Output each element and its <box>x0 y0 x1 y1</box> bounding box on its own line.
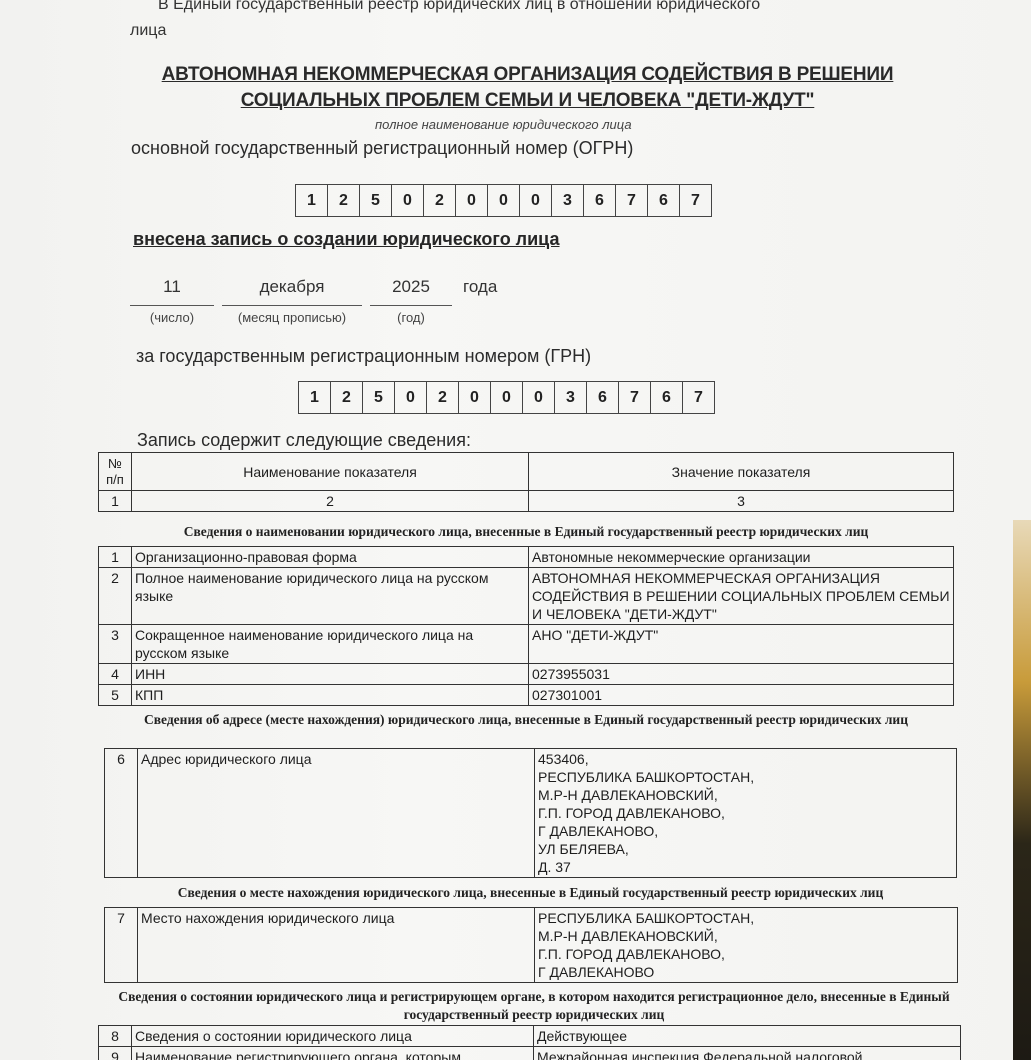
day-caption: (число) <box>130 310 214 325</box>
table-row: 6 Адрес юридического лица 453406,РЕСПУБЛ… <box>105 749 957 878</box>
section-table-address: 6 Адрес юридического лица 453406,РЕСПУБЛ… <box>104 748 957 878</box>
header-name: Наименование показателя <box>132 453 529 491</box>
table-row: 8Сведения о состоянии юридического лицаД… <box>99 1026 961 1047</box>
row-name: Адрес юридического лица <box>138 749 535 878</box>
row-name: Наименование регистрирующего органа, кот… <box>132 1047 534 1060</box>
row-value: АВТОНОМНАЯ НЕКОММЕРЧЕСКАЯ ОРГАНИЗАЦИЯ СО… <box>529 568 954 625</box>
year-caption: (год) <box>370 310 452 325</box>
grn-digit: 7 <box>619 382 651 413</box>
row-name: Сведения о состоянии юридического лица <box>132 1026 534 1047</box>
address-line: Г.П. ГОРОД ДАВЛЕКАНОВО, <box>538 804 953 822</box>
grn-digit: 6 <box>651 382 683 413</box>
row-num: 8 <box>99 1026 132 1047</box>
address-line: М.Р-Н ДАВЛЕКАНОВСКИЙ, <box>538 786 953 804</box>
row-value: Действующее <box>534 1026 961 1047</box>
index-name: 2 <box>132 491 529 512</box>
entry-day: 11 <box>130 277 214 297</box>
row-num: 4 <box>99 664 132 685</box>
table-row: 5КПП027301001 <box>99 685 954 706</box>
row-value: Межрайонная инспекция Федеральной налого… <box>534 1047 961 1060</box>
ogrn-digit: 6 <box>584 185 616 216</box>
row-name: Полное наименование юридического лица на… <box>132 568 529 625</box>
address-line: РЕСПУБЛИКА БАШКОРТОСТАН, <box>538 909 954 927</box>
ogrn-digit: 1 <box>296 185 328 216</box>
row-num: 3 <box>99 625 132 664</box>
index-value: 3 <box>529 491 954 512</box>
address-line: РЕСПУБЛИКА БАШКОРТОСТАН, <box>538 768 953 786</box>
ogrn-digit: 0 <box>520 185 552 216</box>
row-value: РЕСПУБЛИКА БАШКОРТОСТАН,М.Р-Н ДАВЛЕКАНОВ… <box>535 908 958 983</box>
section-title-name: Сведения о наименовании юридического лиц… <box>98 523 954 541</box>
grn-number-boxes: 1250200036767 <box>298 381 715 414</box>
intro-line-1: В Единый государственный реестр юридичес… <box>130 0 890 18</box>
header-table: № п/п Наименование показателя Значение п… <box>98 452 954 512</box>
table-row: 1Организационно-правовая формаАвтономные… <box>99 547 954 568</box>
grn-digit: 0 <box>523 382 555 413</box>
grn-digit: 3 <box>555 382 587 413</box>
table-intro: Запись содержит следующие сведения: <box>137 430 471 451</box>
section-title-address: Сведения об адресе (месте нахождения) юр… <box>98 711 954 729</box>
grn-digit: 0 <box>459 382 491 413</box>
header-num: № п/п <box>99 453 132 491</box>
year-underline <box>370 305 452 306</box>
address-line: 453406, <box>538 750 953 768</box>
index-num: 1 <box>99 491 132 512</box>
row-name: Место нахождения юридического лица <box>138 908 535 983</box>
row-value: АНО "ДЕТИ-ЖДУТ" <box>529 625 954 664</box>
row-num: 7 <box>105 908 138 983</box>
grn-digit: 6 <box>587 382 619 413</box>
ogrn-digit: 2 <box>328 185 360 216</box>
table-row: 7 Место нахождения юридического лица РЕС… <box>105 908 958 983</box>
entry-year: 2025 <box>370 277 452 297</box>
row-value: 027301001 <box>529 685 954 706</box>
section-table-name: 1Организационно-правовая формаАвтономные… <box>98 546 954 706</box>
row-value: 453406,РЕСПУБЛИКА БАШКОРТОСТАН,М.Р-Н ДАВ… <box>535 749 957 878</box>
background-edge <box>1013 520 1031 1060</box>
month-caption: (месяц прописью) <box>222 310 362 325</box>
grn-digit: 0 <box>395 382 427 413</box>
row-num: 6 <box>105 749 138 878</box>
row-value: 0273955031 <box>529 664 954 685</box>
table-row: 2Полное наименование юридического лица н… <box>99 568 954 625</box>
address-line: Г.П. ГОРОД ДАВЛЕКАНОВО, <box>538 945 954 963</box>
section-table-location: 7 Место нахождения юридического лица РЕС… <box>104 907 958 983</box>
intro-text: В Единый государственный реестр юридичес… <box>130 0 890 44</box>
row-num: 1 <box>99 547 132 568</box>
intro-line-2: лица <box>130 18 890 44</box>
row-num: 2 <box>99 568 132 625</box>
org-name-caption: полное наименование юридического лица <box>375 117 632 132</box>
grn-digit: 7 <box>683 382 714 413</box>
ogrn-digit: 0 <box>456 185 488 216</box>
org-name-line-2: СОЦИАЛЬНЫХ ПРОБЛЕМ СЕМЬИ И ЧЕЛОВЕКА "ДЕТ… <box>120 88 935 114</box>
row-name: ИНН <box>132 664 529 685</box>
section-title-location: Сведения о месте нахождения юридического… <box>104 884 957 902</box>
table-row: 4ИНН0273955031 <box>99 664 954 685</box>
month-underline <box>222 305 362 306</box>
grn-digit: 0 <box>491 382 523 413</box>
entry-month: декабря <box>222 277 362 297</box>
ogrn-digit: 5 <box>360 185 392 216</box>
row-value: Автономные некоммерческие организации <box>529 547 954 568</box>
section-title-status: Сведения о состоянии юридического лица и… <box>110 988 958 1024</box>
year-suffix: года <box>463 277 497 297</box>
ogrn-digit: 3 <box>552 185 584 216</box>
org-name-line-1: АВТОНОМНАЯ НЕКОММЕРЧЕСКАЯ ОРГАНИЗАЦИЯ СО… <box>120 62 935 88</box>
ogrn-digit: 2 <box>424 185 456 216</box>
ogrn-label: основной государственный регистрационный… <box>131 138 633 159</box>
grn-label: за государственным регистрационным номер… <box>136 346 591 367</box>
row-name: Организационно-правовая форма <box>132 547 529 568</box>
ogrn-digit: 0 <box>488 185 520 216</box>
grn-digit: 1 <box>299 382 331 413</box>
row-name: Сокращенное наименование юридического ли… <box>132 625 529 664</box>
row-num: 9 <box>99 1047 132 1060</box>
org-full-name: АВТОНОМНАЯ НЕКОММЕРЧЕСКАЯ ОРГАНИЗАЦИЯ СО… <box>120 62 935 114</box>
address-line: Г ДАВЛЕКАНОВО <box>538 963 954 981</box>
entry-heading: внесена запись о создании юридического л… <box>133 229 559 250</box>
address-line: М.Р-Н ДАВЛЕКАНОВСКИЙ, <box>538 927 954 945</box>
address-line: Г ДАВЛЕКАНОВО, <box>538 822 953 840</box>
day-underline <box>130 305 214 306</box>
table-row: 9Наименование регистрирующего органа, ко… <box>99 1047 961 1060</box>
address-line: Д. 37 <box>538 858 953 876</box>
grn-digit: 5 <box>363 382 395 413</box>
row-num: 5 <box>99 685 132 706</box>
table-row: 3Сокращенное наименование юридического л… <box>99 625 954 664</box>
header-value: Значение показателя <box>529 453 954 491</box>
address-line: УЛ БЕЛЯЕВА, <box>538 840 953 858</box>
grn-digit: 2 <box>331 382 363 413</box>
ogrn-digit: 6 <box>648 185 680 216</box>
ogrn-number-boxes: 1250200036767 <box>295 184 712 217</box>
ogrn-digit: 0 <box>392 185 424 216</box>
section-table-status: 8Сведения о состоянии юридического лицаД… <box>98 1025 961 1060</box>
row-name: КПП <box>132 685 529 706</box>
grn-digit: 2 <box>427 382 459 413</box>
ogrn-digit: 7 <box>680 185 711 216</box>
ogrn-digit: 7 <box>616 185 648 216</box>
